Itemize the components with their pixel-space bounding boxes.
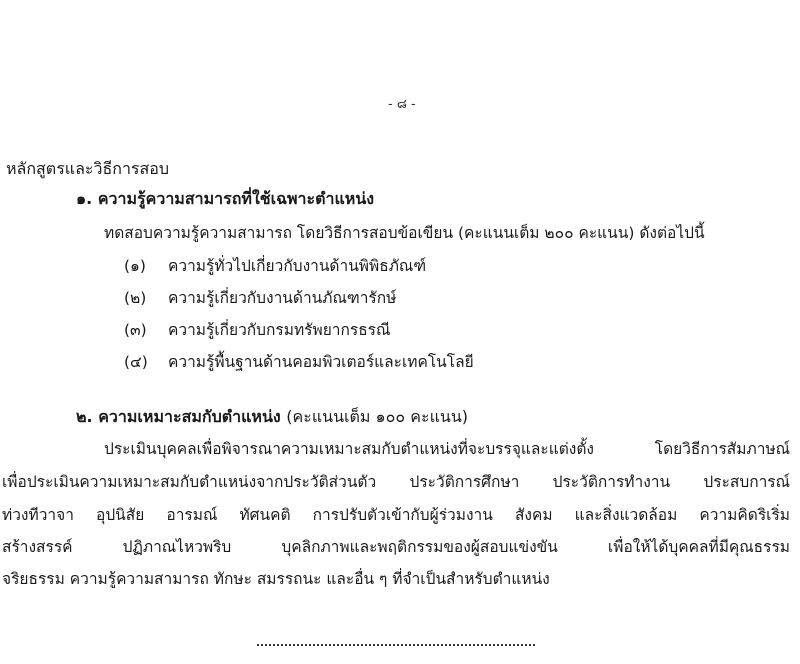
subitem-text: ความรู้ทั่วไปเกี่ยวกับงานด้านพิพิธภัณฑ์: [168, 257, 426, 275]
paragraph-line-3: ท่วงทีวาจา อุปนิสัย อารมณ์ ทัศนคติ การปร…: [2, 504, 790, 526]
document-page: - ๘ - หลักสูตรและวิธีการสอบ ๑. ความรู้คว…: [0, 0, 800, 664]
subitem-text: ความรู้เกี่ยวกับงานด้านภัณฑารักษ์: [168, 289, 396, 307]
page-number: - ๘ -: [388, 94, 416, 116]
subitem-1: (๑)ความรู้ทั่วไปเกี่ยวกับงานด้านพิพิธภัณ…: [124, 255, 426, 277]
paragraph-line-1: ประเมินบุคคลเพื่อพิจารณาความเหมาะสมกับตำ…: [104, 438, 790, 460]
subitem-3: (๓)ความรู้เกี่ยวกับกรมทรัพยากรธรณี: [124, 319, 390, 341]
item-2-number: ๒.: [76, 407, 93, 426]
subitem-4: (๔)ความรู้พื้นฐานด้านคอมพิวเตอร์และเทคโน…: [124, 351, 474, 373]
subitem-number: (๓): [124, 319, 168, 341]
subitem-text: ความรู้เกี่ยวกับกรมทรัพยากรธรณี: [168, 321, 390, 339]
item-1-heading: ๑. ความรู้ความสามารถที่ใช้เฉพาะตำแหน่ง: [76, 188, 374, 210]
item-2-title: ความเหมาะสมกับตำแหน่ง: [98, 407, 281, 426]
subitem-text: ความรู้พื้นฐานด้านคอมพิวเตอร์และเทคโนโลย…: [168, 353, 474, 371]
subitem-2: (๒)ความรู้เกี่ยวกับงานด้านภัณฑารักษ์: [124, 287, 396, 309]
section-heading: หลักสูตรและวิธีการสอบ: [6, 158, 169, 180]
paragraph-line-5: จริยธรรม ความรู้ความสามารถ ทักษะ สมรรถนะ…: [2, 568, 550, 590]
paragraph-line-2: เพื่อประเมินความเหมาะสมกับตำแหน่งจากประว…: [2, 471, 790, 493]
subitem-number: (๑): [124, 255, 168, 277]
subitem-number: (๔): [124, 351, 168, 373]
item-2-heading: ๒. ความเหมาะสมกับตำแหน่ง (คะแนนเต็ม ๑๐๐ …: [76, 406, 468, 428]
end-of-page-dotted-rule: [257, 644, 535, 646]
item-1-title: ความรู้ความสามารถที่ใช้เฉพาะตำแหน่ง: [98, 189, 374, 208]
item-2-points: (คะแนนเต็ม ๑๐๐ คะแนน): [286, 407, 468, 426]
item-1-description: ทดสอบความรู้ความสามารถ โดยวิธีการสอบข้อเ…: [104, 222, 705, 244]
subitem-number: (๒): [124, 287, 168, 309]
item-1-number: ๑.: [76, 189, 92, 208]
paragraph-line-4: สร้างสรรค์ ปฏิภาณไหวพริบ บุคลิกภาพและพฤต…: [2, 536, 790, 558]
